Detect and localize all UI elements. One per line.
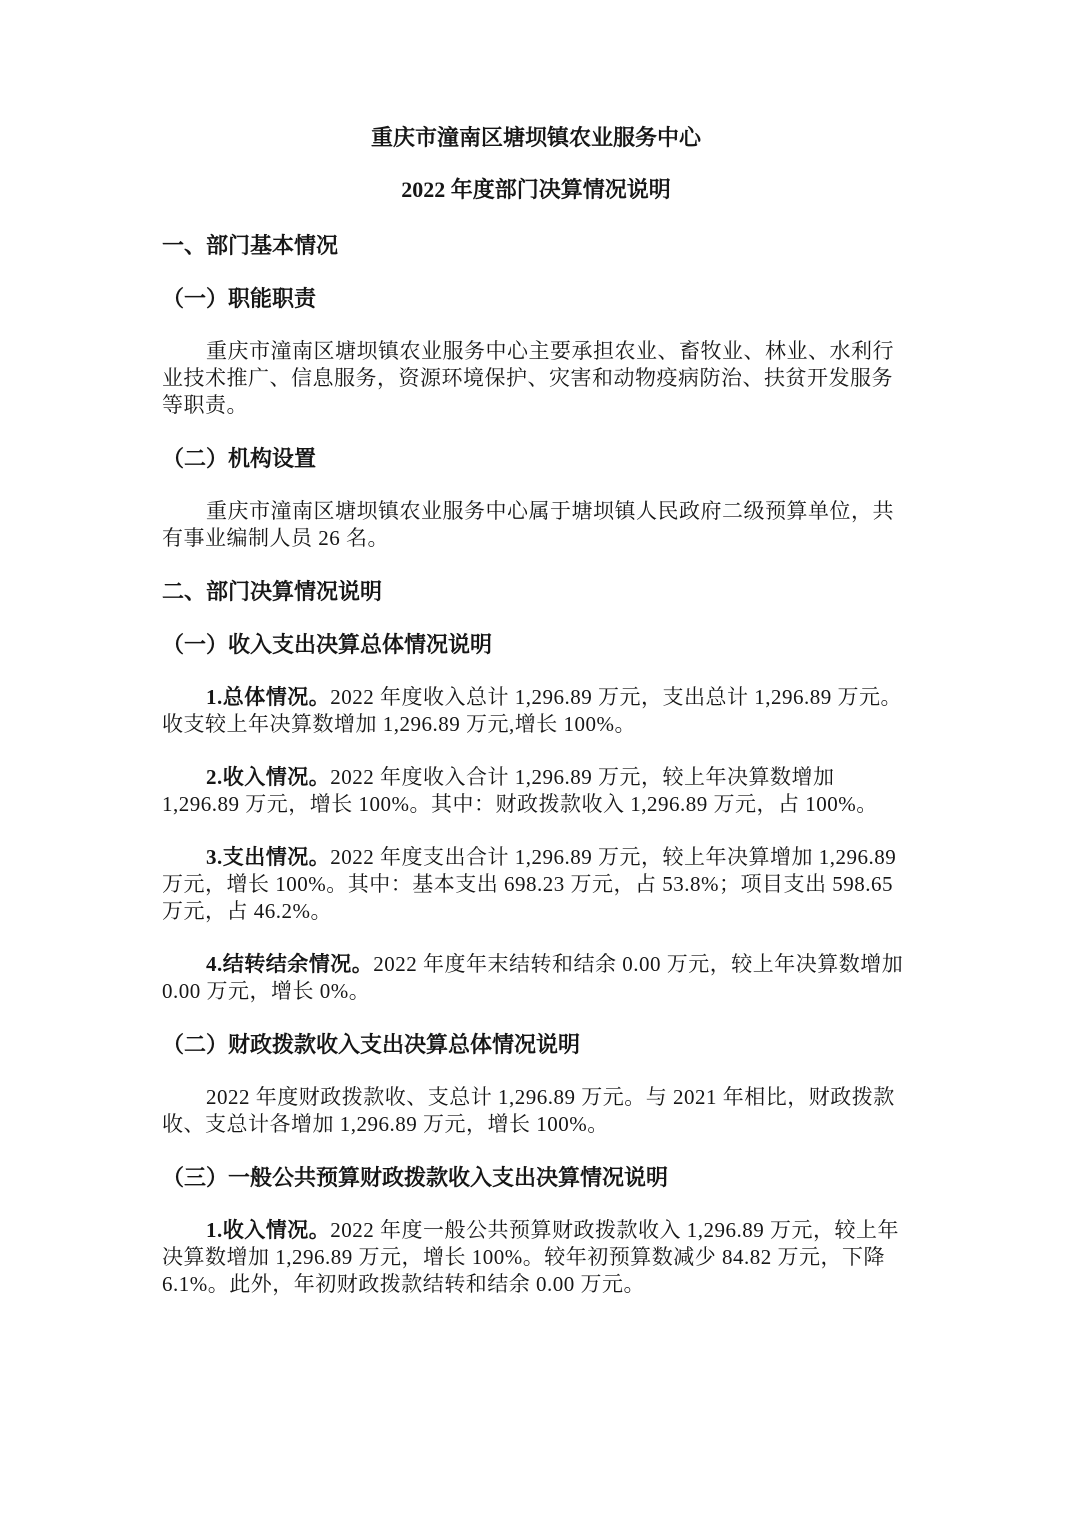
paragraph-income-situation-lead: 2.收入情况。 bbox=[206, 765, 330, 789]
paragraph-overall-situation: 1.总体情况。2022 年度收入总计 1,296.89 万元，支出总计 1,29… bbox=[162, 684, 910, 738]
document-page: 重庆市潼南区塘坝镇农业服务中心 2022 年度部门决算情况说明 一、部门基本情况… bbox=[0, 0, 1075, 1521]
subsection-heading-income-expense-overall: （一）收入支出决算总体情况说明 bbox=[162, 631, 910, 658]
subsection-heading-fiscal-appropriation-overall: （二）财政拨款收入支出决算总体情况说明 bbox=[162, 1031, 910, 1058]
paragraph-org-setup: 重庆市潼南区塘坝镇农业服务中心属于塘坝镇人民政府二级预算单位，共有事业编制人员 … bbox=[162, 498, 910, 552]
paragraph-fiscal-appropriation-overall-text: 2022 年度财政拨款收、支总计 1,296.89 万元。与 2021 年相比，… bbox=[162, 1085, 895, 1136]
paragraph-expense-situation: 3.支出情况。2022 年度支出合计 1,296.89 万元，较上年决算增加 1… bbox=[162, 844, 910, 925]
doc-title: 重庆市潼南区塘坝镇农业服务中心 bbox=[162, 124, 910, 151]
paragraph-fiscal-appropriation-overall: 2022 年度财政拨款收、支总计 1,296.89 万元。与 2021 年相比，… bbox=[162, 1084, 910, 1138]
paragraph-overall-situation-lead: 1.总体情况。 bbox=[206, 685, 330, 709]
paragraph-carryover-situation-lead: 4.结转结余情况。 bbox=[206, 952, 373, 976]
subsection-heading-org-setup: （二）机构设置 bbox=[162, 445, 910, 472]
paragraph-carryover-situation: 4.结转结余情况。2022 年度年末结转和结余 0.00 万元，较上年决算数增加… bbox=[162, 951, 910, 1005]
section-heading-dept-basic-info: 一、部门基本情况 bbox=[162, 232, 910, 259]
paragraph-duties: 重庆市潼南区塘坝镇农业服务中心主要承担农业、畜牧业、林业、水利行业技术推广、信息… bbox=[162, 338, 910, 419]
paragraph-org-setup-text: 重庆市潼南区塘坝镇农业服务中心属于塘坝镇人民政府二级预算单位，共有事业编制人员 … bbox=[162, 499, 894, 550]
paragraph-general-public-budget-income-lead: 1.收入情况。 bbox=[206, 1218, 330, 1242]
subsection-heading-duties: （一）职能职责 bbox=[162, 285, 910, 312]
paragraph-general-public-budget-income: 1.收入情况。2022 年度一般公共预算财政拨款收入 1,296.89 万元，较… bbox=[162, 1217, 910, 1298]
paragraph-expense-situation-lead: 3.支出情况。 bbox=[206, 845, 330, 869]
paragraph-income-situation: 2.收入情况。2022 年度收入合计 1,296.89 万元，较上年决算数增加 … bbox=[162, 764, 910, 818]
subsection-heading-general-public-budget: （三）一般公共预算财政拨款收入支出决算情况说明 bbox=[162, 1164, 910, 1191]
paragraph-duties-text: 重庆市潼南区塘坝镇农业服务中心主要承担农业、畜牧业、林业、水利行业技术推广、信息… bbox=[162, 339, 894, 417]
section-heading-final-accounts: 二、部门决算情况说明 bbox=[162, 578, 910, 605]
doc-subtitle: 2022 年度部门决算情况说明 bbox=[162, 176, 910, 203]
